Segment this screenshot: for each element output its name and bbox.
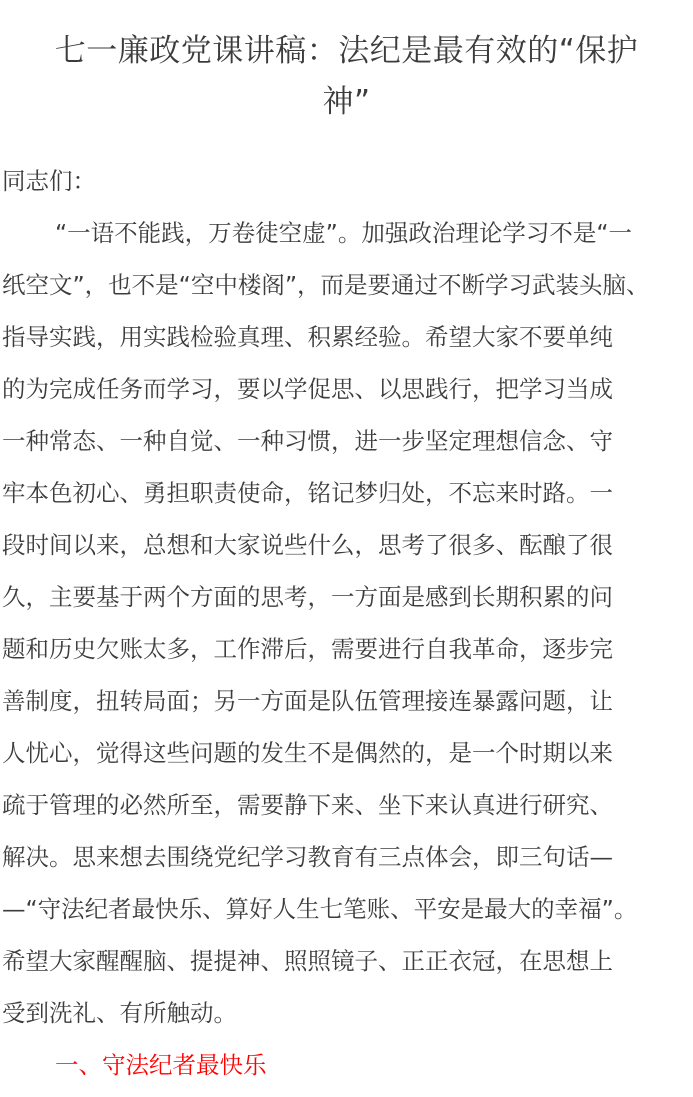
paragraph-line: 段时间以来，总想和大家说些什么，思考了很多、酝酿了很 — [2, 519, 693, 571]
paragraph-line: 希望大家醒醒脑、提提神、照照镜子、正正衣冠，在思想上 — [2, 935, 693, 987]
paragraph-line: 的为完成任务而学习，要以学促思、以思践行，把学习当成 — [2, 363, 693, 415]
article-title: 七一廉政党课讲稿：法纪是最有效的“保护 神” — [0, 0, 693, 128]
paragraph-line: 纸空文”，也不是“空中楼阁”，而是要通过不断学习武装头脑、 — [2, 259, 693, 311]
paragraph-line: 一种常态、一种自觉、一种习惯，进一步坚定理想信念、守 — [2, 415, 693, 467]
paragraph-line: 指导实践，用实践检验真理、积累经验。希望大家不要单纯 — [2, 311, 693, 363]
paragraph-line: 题和历史欠账太多，工作滞后，需要进行自我革命，逐步完 — [2, 623, 693, 675]
paragraph-line: 善制度，扭转局面；另一方面是队伍管理接连暴露问题，让 — [2, 675, 693, 727]
title-line-1: 七一廉政党课讲稿：法纪是最有效的“保护 — [55, 33, 639, 69]
paragraph-line: 解决。思来想去围绕党纪学习教育有三点体会，即三句话— — [2, 831, 693, 883]
paragraph-line: 受到洗礼、有所触动。 — [2, 987, 693, 1039]
article: 七一廉政党课讲稿：法纪是最有效的“保护 神” 同志们： “一语不能践，万卷徒空虚… — [0, 0, 693, 1091]
paragraph-line: “一语不能践，万卷徒空虚”。加强政治理论学习不是“一 — [2, 207, 693, 259]
paragraph-line: 疏于管理的必然所至，需要静下来、坐下来认真进行研究、 — [2, 779, 693, 831]
paragraph-line: 久，主要基于两个方面的思考，一方面是感到长期积累的问 — [2, 571, 693, 623]
salutation: 同志们： — [2, 155, 693, 207]
intro-paragraph: “一语不能践，万卷徒空虚”。加强政治理论学习不是“一 纸空文”，也不是“空中楼阁… — [2, 207, 693, 1039]
article-body: 同志们： “一语不能践，万卷徒空虚”。加强政治理论学习不是“一 纸空文”，也不是… — [0, 155, 693, 1091]
title-line-2: 神” — [322, 84, 370, 120]
paragraph-line: —“守法纪者最快乐、算好人生七笔账、平安是最大的幸福”。 — [2, 883, 693, 935]
section-heading: 一、守法纪者最快乐 — [2, 1039, 693, 1091]
paragraph-line: 牢本色初心、勇担职责使命，铭记梦归处，不忘来时路。一 — [2, 467, 693, 519]
paragraph-line: 人忧心，觉得这些问题的发生不是偶然的，是一个时期以来 — [2, 727, 693, 779]
